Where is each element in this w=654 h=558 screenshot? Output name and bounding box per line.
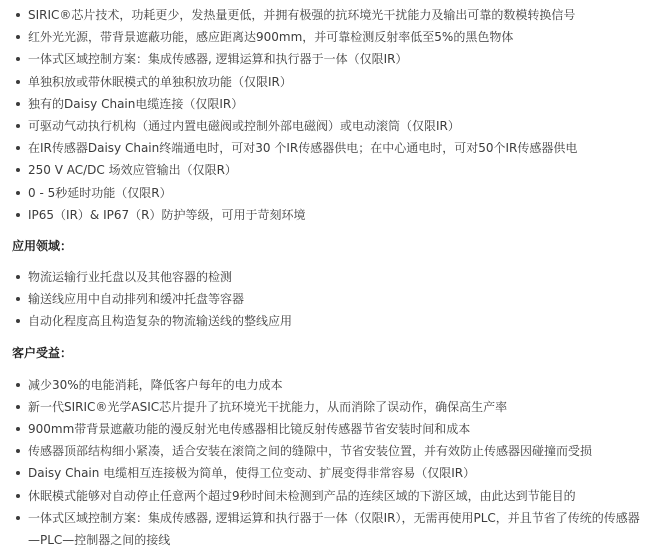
list-item: Daisy Chain 电缆相互连接极为简单，使得工位变动、扩展变得非常容易（仅…: [28, 462, 654, 484]
bullet-icon: [16, 102, 20, 106]
application-text: 输送线应用中自动排列和缓冲托盘等容器: [28, 292, 244, 306]
bullet-icon: [16, 297, 20, 301]
list-item: 单独积放或带休眠模式的单独积放功能（仅限IR）: [28, 71, 654, 93]
bullet-icon: [16, 516, 20, 520]
feature-text: SIRIC®芯片技术，功耗更少，发热量更低，并拥有极强的抗环境光干扰能力及输出可…: [28, 8, 575, 22]
benefit-text: 传感器顶部结构细小紧凑，适合安装在滚筒之间的缝隙中，节省安装位置，并有效防止传感…: [28, 444, 592, 458]
list-item: 新一代SIRIC®光学ASIC芯片提升了抗环境光干扰能力，从而消除了误动作，确保…: [28, 396, 654, 418]
bullet-icon: [16, 57, 20, 61]
benefit-text: 900mm带背景遮蔽功能的漫反射光电传感器相比镜反射传感器节省安装时间和成本: [28, 422, 470, 436]
feature-text: 独有的Daisy Chain电缆连接（仅限IR）: [28, 97, 243, 111]
benefit-text: 一体式区域控制方案：集成传感器, 逻辑运算和执行器于一体（仅限IR），无需再使用…: [28, 511, 640, 547]
bullet-icon: [16, 275, 20, 279]
bullet-icon: [16, 427, 20, 431]
bullet-icon: [16, 213, 20, 217]
benefit-text: 减少30%的电能消耗，降低客户每年的电力成本: [28, 378, 283, 392]
bullet-icon: [16, 494, 20, 498]
bullet-icon: [16, 405, 20, 409]
list-item: 可驱动气动执行机构（通过内置电磁阀或控制外部电磁阀）或电动滚筒（仅限IR）: [28, 115, 654, 137]
list-item: 物流运输行业托盘以及其他容器的检测: [28, 266, 654, 288]
product-description: SIRIC®芯片技术，功耗更少，发热量更低，并拥有极强的抗环境光干扰能力及输出可…: [0, 0, 654, 551]
feature-text: IP65（IR）& IP67（R）防护等级，可用于苛刻环境: [28, 208, 305, 222]
list-item: 0 - 5秒延时功能（仅限R）: [28, 182, 654, 204]
bullet-icon: [16, 80, 20, 84]
feature-text: 0 - 5秒延时功能（仅限R）: [28, 186, 172, 200]
feature-text: 单独积放或带休眠模式的单独积放功能（仅限IR）: [28, 75, 292, 89]
benefits-heading: 客户受益：: [0, 342, 654, 364]
list-item: 独有的Daisy Chain电缆连接（仅限IR）: [28, 93, 654, 115]
application-text: 自动化程度高且构造复杂的物流输送线的整线应用: [28, 314, 292, 328]
list-item: 一体式区域控制方案：集成传感器, 逻辑运算和执行器于一体（仅限IR），无需再使用…: [28, 507, 654, 551]
list-item: 红外光光源，带背景遮蔽功能，感应距离达900mm，并可靠检测反射率低至5%的黑色…: [28, 26, 654, 48]
feature-text: 可驱动气动执行机构（通过内置电磁阀或控制外部电磁阀）或电动滚筒（仅限IR）: [28, 119, 460, 133]
bullet-icon: [16, 471, 20, 475]
list-item: 900mm带背景遮蔽功能的漫反射光电传感器相比镜反射传感器节省安装时间和成本: [28, 418, 654, 440]
bullet-icon: [16, 146, 20, 150]
bullet-icon: [16, 35, 20, 39]
list-item: 传感器顶部结构细小紧凑，适合安装在滚筒之间的缝隙中，节省安装位置，并有效防止传感…: [28, 440, 654, 462]
applications-list: 物流运输行业托盘以及其他容器的检测 输送线应用中自动排列和缓冲托盘等容器 自动化…: [0, 266, 654, 333]
application-text: 物流运输行业托盘以及其他容器的检测: [28, 270, 232, 284]
bullet-icon: [16, 383, 20, 387]
list-item: 自动化程度高且构造复杂的物流输送线的整线应用: [28, 310, 654, 332]
benefit-text: Daisy Chain 电缆相互连接极为简单，使得工位变动、扩展变得非常容易（仅…: [28, 466, 475, 480]
feature-text: 红外光光源，带背景遮蔽功能，感应距离达900mm，并可靠检测反射率低至5%的黑色…: [28, 30, 513, 44]
list-item: SIRIC®芯片技术，功耗更少，发热量更低，并拥有极强的抗环境光干扰能力及输出可…: [28, 4, 654, 26]
applications-heading: 应用领域：: [0, 235, 654, 257]
list-item: IP65（IR）& IP67（R）防护等级，可用于苛刻环境: [28, 204, 654, 226]
list-item: 休眠模式能够对自动停止任意两个超过9秒时间未检测到产品的连续区域的下游区域，由此…: [28, 485, 654, 507]
list-item: 一体式区域控制方案：集成传感器, 逻辑运算和执行器于一体（仅限IR）: [28, 48, 654, 70]
list-item: 在IR传感器Daisy Chain终端通电时，可对30 个IR传感器供电；在中心…: [28, 137, 654, 159]
bullet-icon: [16, 319, 20, 323]
feature-text: 一体式区域控制方案：集成传感器, 逻辑运算和执行器于一体（仅限IR）: [28, 52, 408, 66]
benefit-text: 新一代SIRIC®光学ASIC芯片提升了抗环境光干扰能力，从而消除了误动作，确保…: [28, 400, 507, 414]
feature-text: 在IR传感器Daisy Chain终端通电时，可对30 个IR传感器供电；在中心…: [28, 141, 577, 155]
feature-text: 250 V AC/DC 场效应管输出（仅限R）: [28, 163, 237, 177]
bullet-icon: [16, 449, 20, 453]
benefit-text: 休眠模式能够对自动停止任意两个超过9秒时间未检测到产品的连续区域的下游区域，由此…: [28, 489, 576, 503]
list-item: 减少30%的电能消耗，降低客户每年的电力成本: [28, 374, 654, 396]
bullet-icon: [16, 168, 20, 172]
feature-list: SIRIC®芯片技术，功耗更少，发热量更低，并拥有极强的抗环境光干扰能力及输出可…: [0, 4, 654, 226]
bullet-icon: [16, 13, 20, 17]
bullet-icon: [16, 191, 20, 195]
benefits-list: 减少30%的电能消耗，降低客户每年的电力成本 新一代SIRIC®光学ASIC芯片…: [0, 374, 654, 552]
bullet-icon: [16, 124, 20, 128]
list-item: 输送线应用中自动排列和缓冲托盘等容器: [28, 288, 654, 310]
list-item: 250 V AC/DC 场效应管输出（仅限R）: [28, 159, 654, 181]
